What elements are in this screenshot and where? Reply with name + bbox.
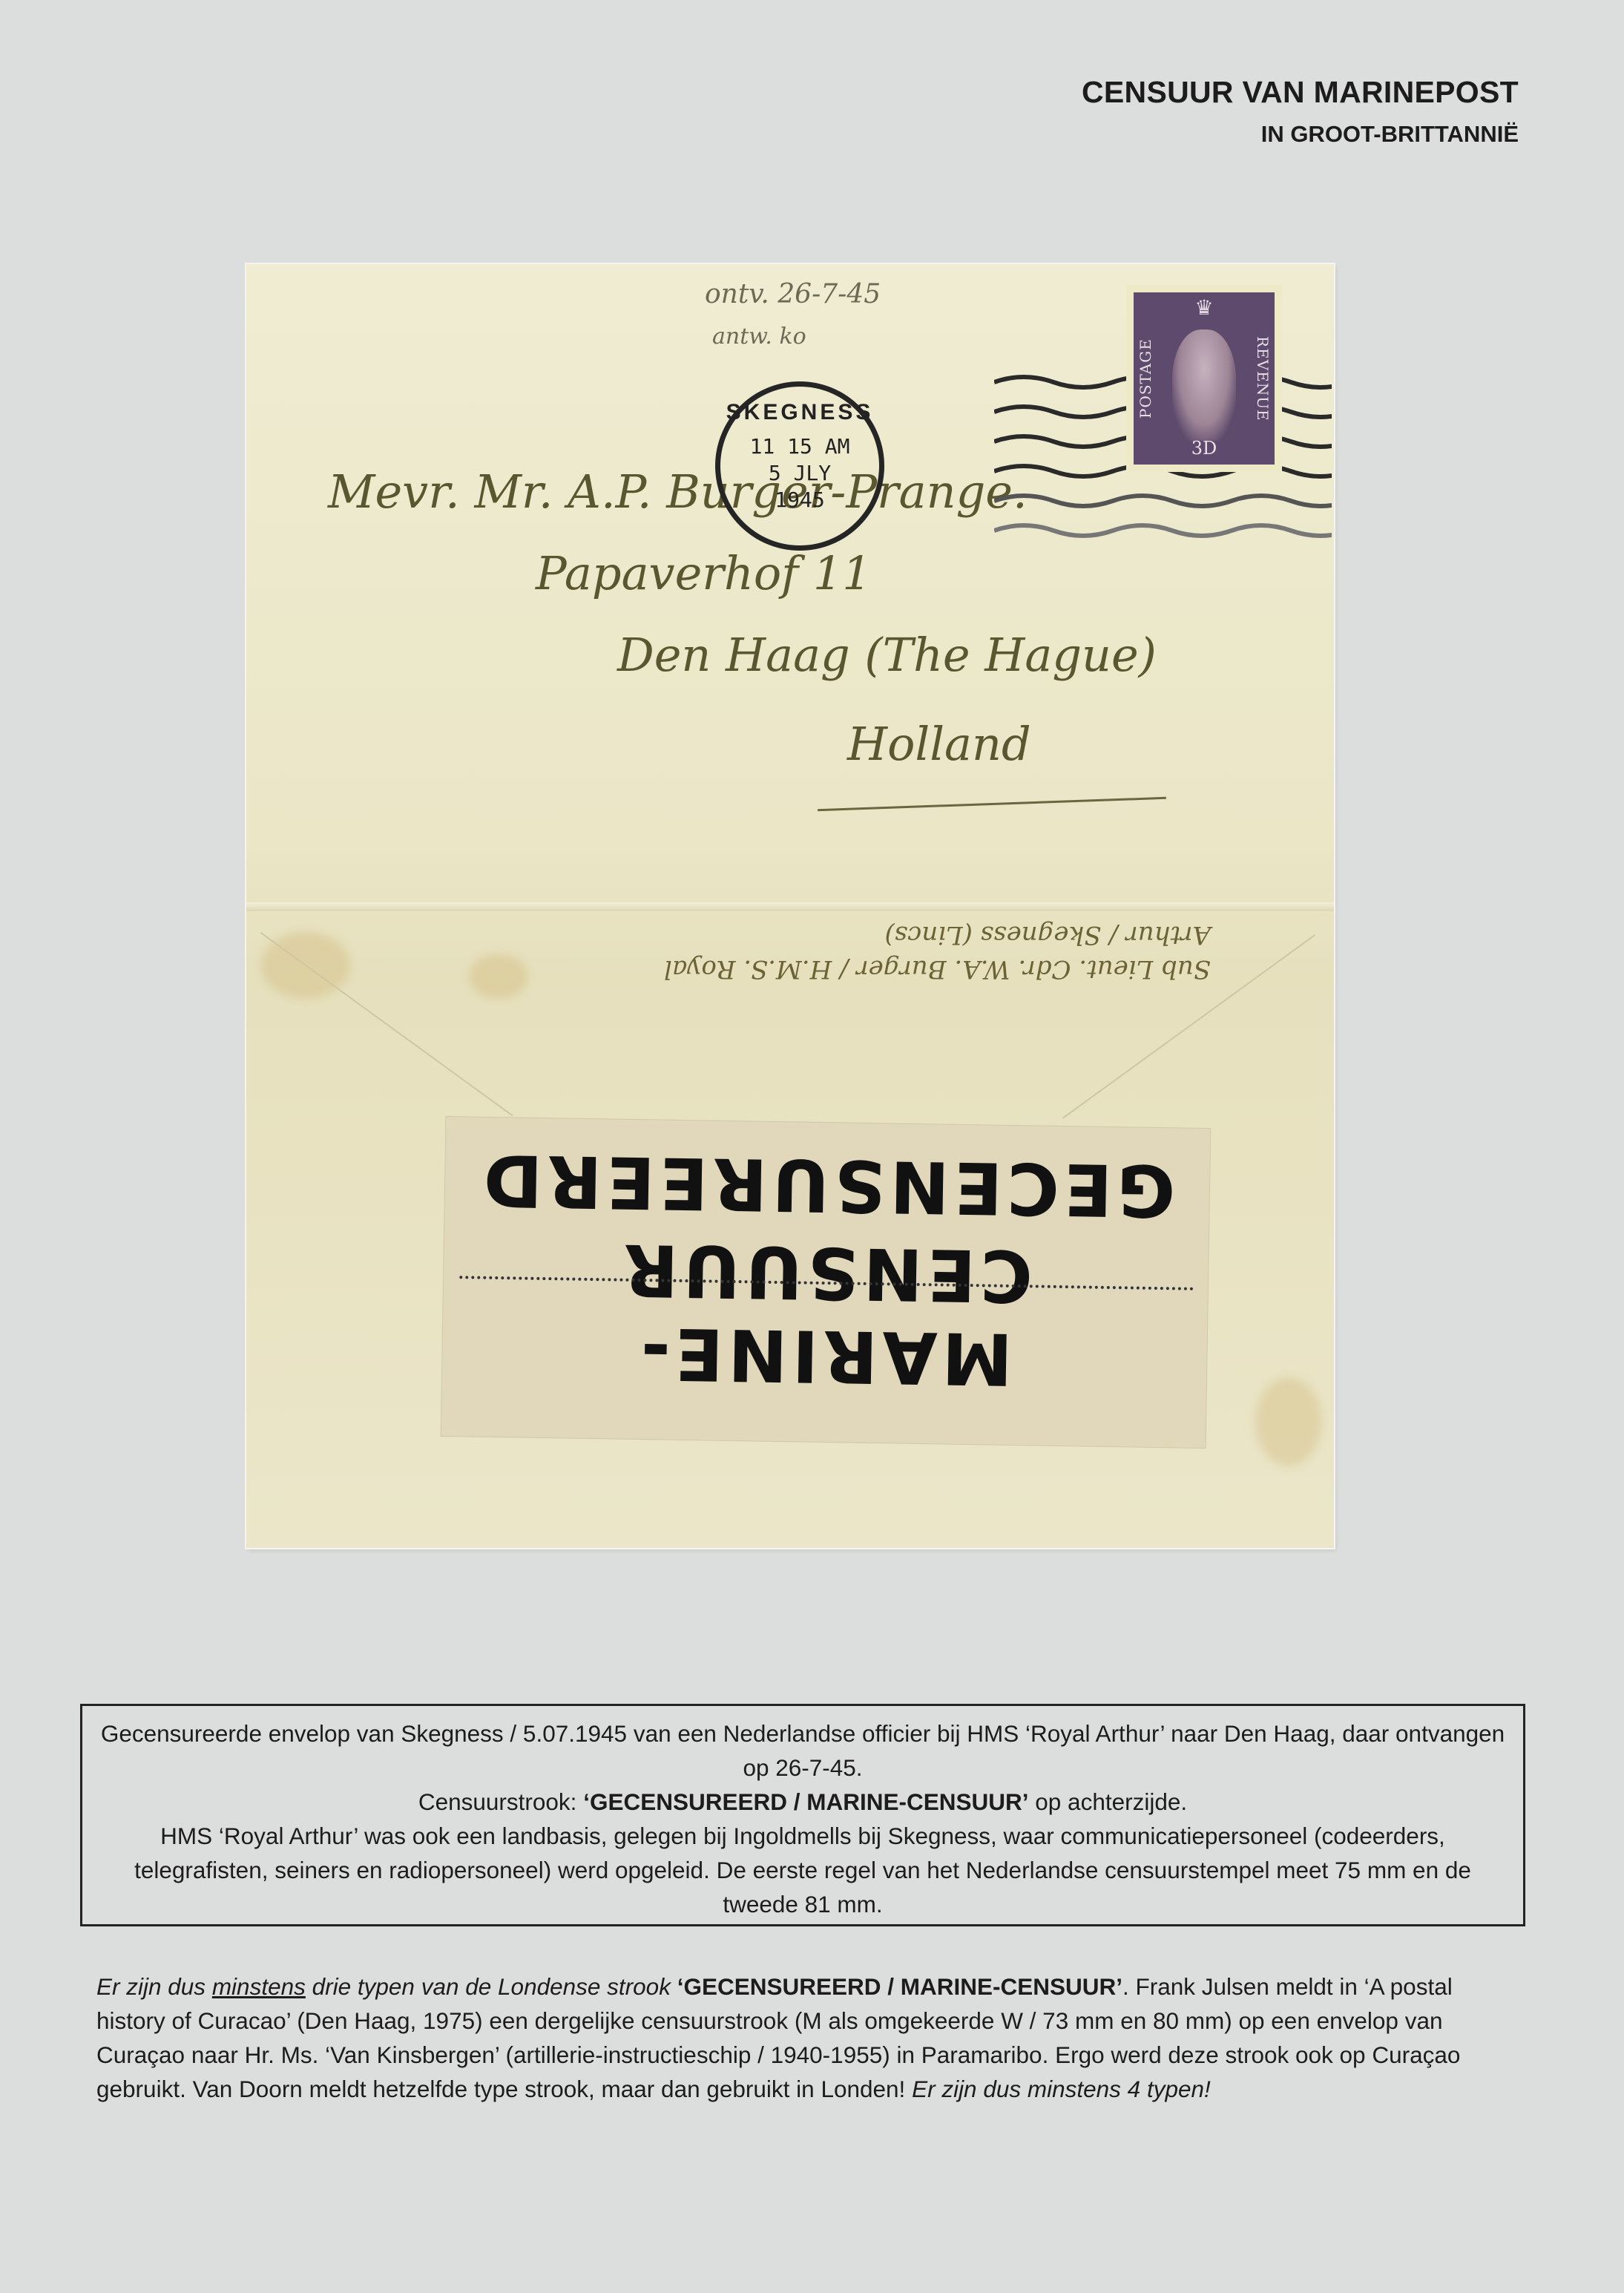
address-line-2: Papaverhof 11 <box>536 546 872 600</box>
censor-label: MARINE-CENSUUR GECENSUREERD <box>441 1117 1211 1448</box>
king-portrait <box>1172 329 1236 441</box>
page-subtitle: IN GROOT-BRITTANNIË <box>1261 120 1519 148</box>
notes-paragraph: Er zijn dus minstens drie typen van de L… <box>96 1969 1521 2106</box>
caption-line-1: Gecensureerde envelop van Skegness / 5.0… <box>97 1716 1508 1785</box>
censor-label-line1: GECENSUREERD <box>444 1138 1210 1233</box>
address-line-1: Mevr. Mr. A.P. Burger-Prange. <box>328 465 1028 519</box>
address-line-4: Holland <box>847 717 1031 771</box>
envelope-fold <box>246 902 1334 911</box>
caption-line-2: Censuurstrook: ‘GECENSUREERD / MARINE-CE… <box>97 1785 1508 1819</box>
caption-line-3: HMS ‘Royal Arthur’ was ook een landbasis… <box>97 1819 1508 1921</box>
censor-label-line2: MARINE-CENSUUR <box>442 1225 1209 1403</box>
page-title: CENSUUR VAN MARINEPOST <box>1082 74 1519 111</box>
postage-stamp: ♛ POSTAGE REVENUE 3D <box>1126 285 1282 472</box>
sender-handwriting: Sub Lieut. Cdr. W.A. Burger / H.M.S. Roy… <box>632 917 1211 985</box>
reply-pencil-note: antw. ko <box>712 324 806 350</box>
address-line-3: Den Haag (The Hague) <box>617 628 1157 682</box>
caption-box: Gecensureerde envelop van Skegness / 5.0… <box>80 1704 1525 1926</box>
receipt-pencil-note: ontv. 26-7-45 <box>705 279 881 309</box>
skegness-postmark: SKEGNESS 11 15 AM 5 JLY 1945 <box>715 381 884 551</box>
